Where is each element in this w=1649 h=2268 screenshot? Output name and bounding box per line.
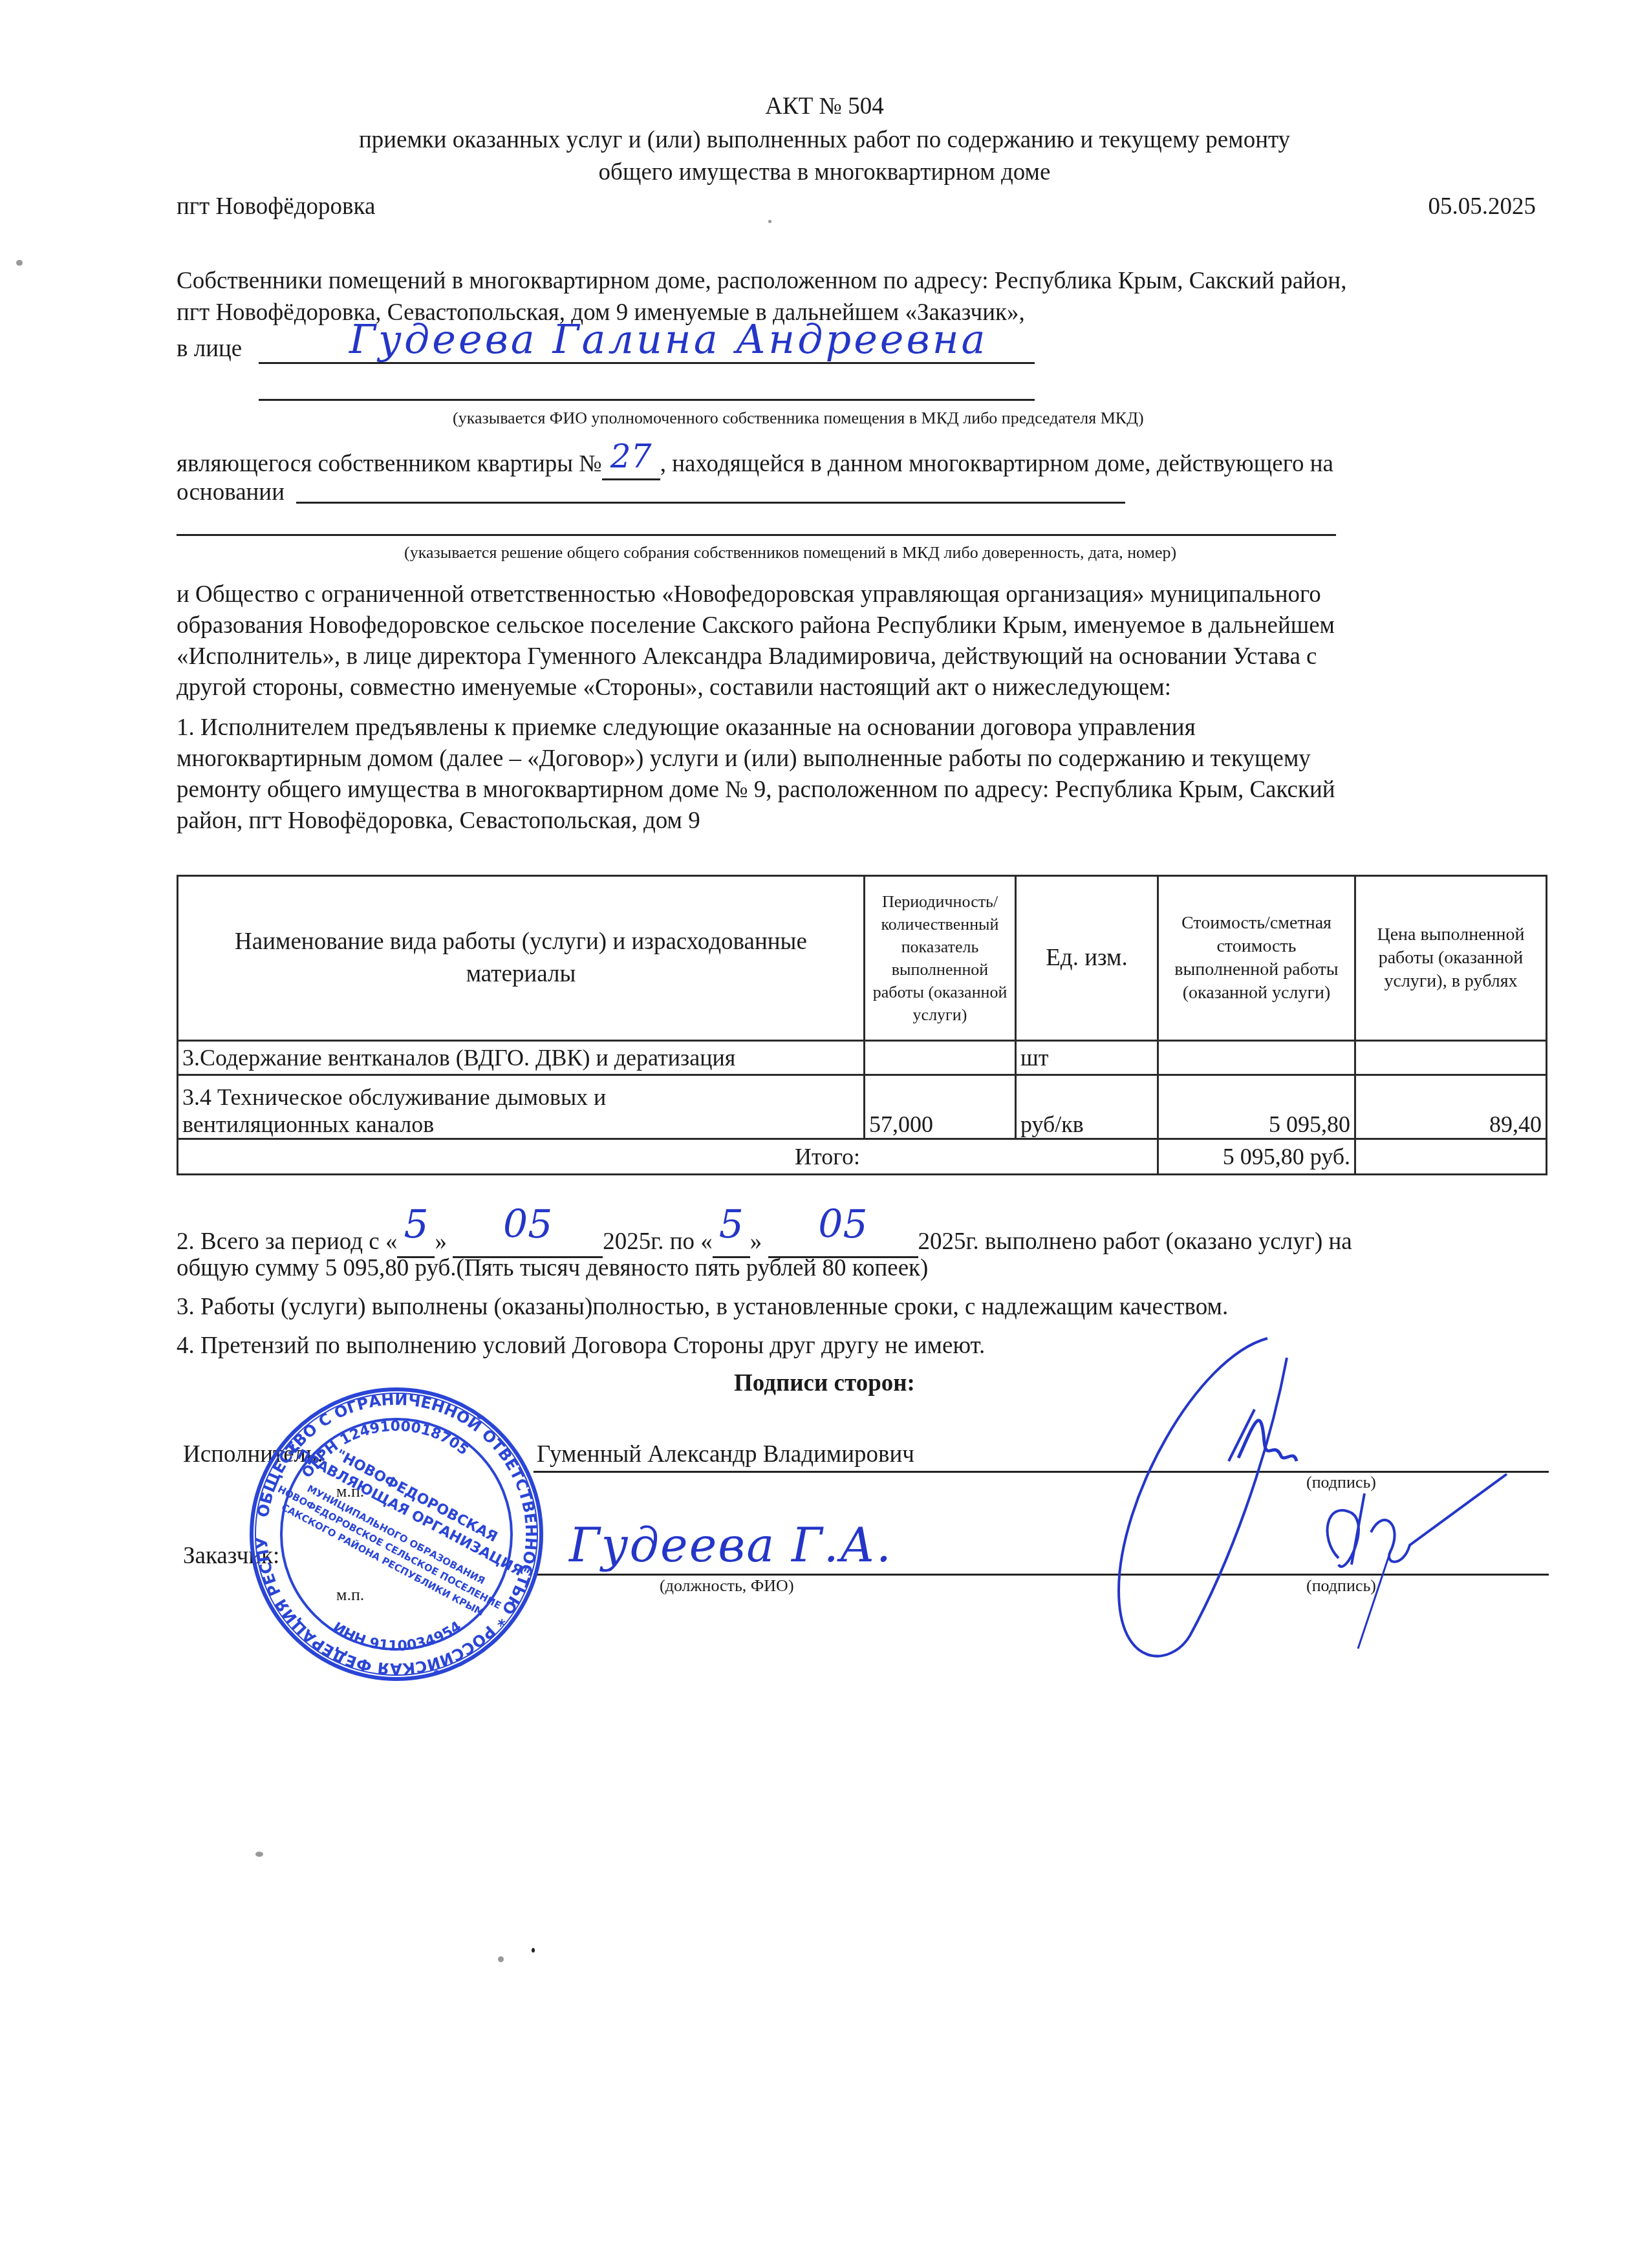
month-from-field: 05 <box>453 1222 603 1258</box>
executor-name: Гуменный Александр Владимирович <box>537 1440 914 1469</box>
clause2-line1: 2. Всего за период с «5» 052025г. по «5»… <box>177 1222 1352 1258</box>
header-periodicity: Периодичность/ количественный показатель… <box>865 876 1016 1041</box>
executor-line4: другой стороны, совместно именуемые «Сто… <box>177 674 1171 702</box>
clause1-line2: многоквартирным домом (далее – «Договор»… <box>177 745 1544 773</box>
fio-underline <box>259 399 1035 401</box>
table-total-row: Итого: 5 095,80 руб. <box>178 1139 1547 1175</box>
clause2-text: 2. Всего за период с « <box>177 1228 397 1255</box>
clause3: 3. Работы (услуги) выполнены (оказаны)по… <box>177 1293 1228 1321</box>
cell-name: 3.Содержание вентканалов (ВДГО. ДВК) и д… <box>178 1041 865 1075</box>
cell-price <box>1355 1041 1547 1075</box>
clause2-text: » <box>435 1228 447 1255</box>
svg-text:ИНН 9110034954: ИНН 9110034954 <box>330 1618 465 1654</box>
fio-hint: (указывается ФИО уполномоченного собстве… <box>453 409 1144 428</box>
table-row: 3.Содержание вентканалов (ВДГО. ДВК) и д… <box>178 1041 1547 1075</box>
customer-handwritten: Гудеева Г.А. <box>569 1519 892 1571</box>
scan-speck <box>532 1948 535 1952</box>
act-subtitle-line2: общего имущества в многоквартирном доме <box>0 158 1649 187</box>
cell-price: 89,40 <box>1355 1075 1547 1139</box>
cell-cost: 5 095,80 <box>1158 1075 1355 1139</box>
scan-speck <box>498 1956 504 1962</box>
header-unit: Ед. изм. <box>1016 876 1158 1041</box>
company-stamp: ОБЩЕСТВО С ОГРАНИЧЕННОЙ ОТВЕТСТВЕННОСТЬЮ… <box>248 1385 545 1683</box>
apartment-number-handwritten: 27 <box>610 438 652 475</box>
cell-periodicity <box>865 1041 1016 1075</box>
act-subtitle-line1: приемки оказанных услуг и (или) выполнен… <box>0 126 1649 155</box>
basis-hint: (указывается решение общего собрания соб… <box>404 543 1176 562</box>
scan-speck <box>16 260 23 266</box>
cell-unit: руб/кв <box>1016 1075 1158 1139</box>
clause2-text: 2025г. по « <box>603 1228 713 1255</box>
day-from-field: 5 <box>397 1222 435 1258</box>
basis-label: основании <box>177 478 285 507</box>
day-from-handwritten: 5 <box>404 1202 428 1247</box>
apartment-suffix: , находящейся в данном многоквартирном д… <box>660 451 1333 477</box>
month-to-field: 05 <box>768 1222 918 1258</box>
day-to-field: 5 <box>713 1222 750 1258</box>
month-to-handwritten: 05 <box>818 1202 867 1247</box>
cell-cost <box>1158 1041 1355 1075</box>
cell-unit: шт <box>1016 1041 1158 1075</box>
scan-speck <box>768 220 771 223</box>
act-date: 05.05.2025 <box>1428 193 1536 221</box>
apartment-number-field: 27 <box>602 446 660 480</box>
owners-line1: Собственники помещений в многоквартирном… <box>177 267 1541 295</box>
clause2-text: » <box>750 1228 762 1255</box>
works-table: Наименование вида работы (услуги) и изра… <box>177 875 1547 1175</box>
clause1-line4: район, пгт Новофёдоровка, Севастопольска… <box>177 807 700 835</box>
executor-line3: «Исполнитель», в лице директора Гуменног… <box>177 643 1544 671</box>
clause2-line2: общую сумму 5 095,80 руб.(Пять тысяч дев… <box>177 1254 928 1283</box>
basis-underline-2 <box>177 534 1336 536</box>
table-header-row: Наименование вида работы (услуги) и изра… <box>178 876 1547 1041</box>
customer-signature-scribble <box>1293 1455 1552 1662</box>
total-value: 5 095,80 руб. <box>1158 1139 1355 1175</box>
stamp-inn: ИНН 9110034954 <box>330 1618 465 1654</box>
basis-underline <box>296 502 1125 504</box>
header-cost: Стоимость/сметная стоимость выполненной … <box>1158 876 1355 1041</box>
clause1-line3: ремонту общего имущества в многоквартирн… <box>177 776 1544 804</box>
clause4: 4. Претензий по выполнению условий Догов… <box>177 1332 985 1360</box>
apartment-line: являющегося собственником квартиры №27, … <box>177 446 1333 480</box>
total-label: Итого: <box>178 1139 1158 1175</box>
month-from-handwritten: 05 <box>503 1202 552 1247</box>
place: пгт Новофёдоровка <box>177 193 375 221</box>
apartment-prefix: являющегося собственником квартиры № <box>177 451 602 477</box>
scan-speck <box>255 1852 263 1857</box>
executor-line1: и Общество с ограниченной ответственност… <box>177 581 1544 609</box>
total-empty <box>1355 1139 1547 1175</box>
header-name: Наименование вида работы (услуги) и изра… <box>178 876 865 1041</box>
in-person-handwritten: Гудеева Галина Андреевна <box>349 317 987 362</box>
executor-line2: образования Новофедоровское сельское пос… <box>177 612 1544 640</box>
act-title: АКТ № 504 <box>0 92 1649 121</box>
clause2-text: 2025г. выполнено работ (оказано услуг) н… <box>918 1228 1352 1255</box>
position-hint: (должность, ФИО) <box>660 1576 794 1596</box>
cell-name: 3.4 Техническое обслуживание дымовых и в… <box>178 1075 865 1139</box>
table-row: 3.4 Техническое обслуживание дымовых и в… <box>178 1075 1547 1139</box>
cell-periodicity: 57,000 <box>865 1075 1016 1139</box>
in-person-label: в лице <box>177 335 242 363</box>
header-price: Цена выполненной работы (оказанной услуг… <box>1355 876 1547 1041</box>
day-to-handwritten: 5 <box>719 1202 744 1247</box>
clause1-line1: 1. Исполнителем предъявлены к приемке сл… <box>177 714 1544 742</box>
